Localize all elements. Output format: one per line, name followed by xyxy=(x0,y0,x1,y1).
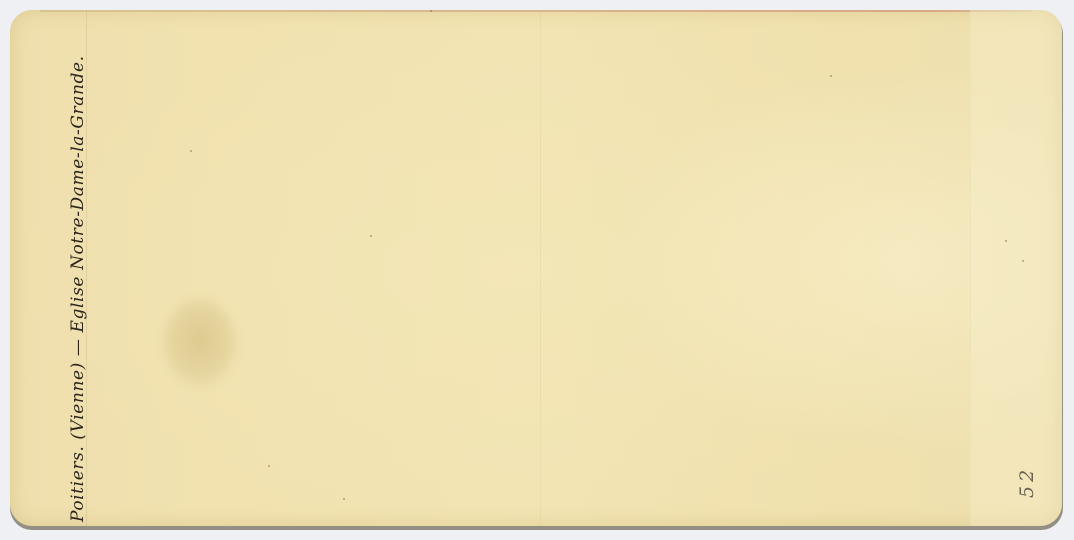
card-top-edge xyxy=(40,10,1032,12)
pencil-card-number: 52 xyxy=(1016,466,1038,498)
paper-speck xyxy=(268,465,270,467)
paper-speck xyxy=(430,10,432,12)
card-right-panel xyxy=(970,10,1062,526)
water-stain xyxy=(165,300,235,385)
paper-speck xyxy=(1022,260,1024,262)
paper-speck xyxy=(190,150,192,152)
paper-speck xyxy=(830,75,832,77)
paper-speck xyxy=(343,498,345,500)
paper-speck xyxy=(1005,240,1007,242)
card-right-fold-line xyxy=(970,10,971,526)
stereoview-card-back: Poitiers. (Vienne) — Eglise Notre-Dame-l… xyxy=(10,10,1062,526)
scan-scene: Poitiers. (Vienne) — Eglise Notre-Dame-l… xyxy=(0,0,1074,540)
paper-speck xyxy=(370,235,372,237)
card-center-fold-line xyxy=(540,10,541,526)
handwritten-caption: Poitiers. (Vienne) — Eglise Notre-Dame-l… xyxy=(68,55,88,522)
